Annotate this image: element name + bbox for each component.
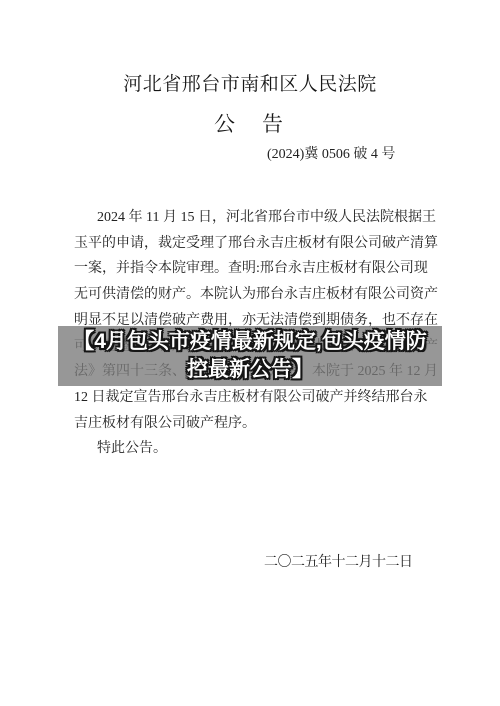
body-line: 无可供清偿的财产。本院认为邢台永吉庄板材有限公司资产 bbox=[74, 282, 425, 308]
body-line: 吉庄板材有限公司破产程序。 bbox=[74, 411, 425, 437]
banner-line-1: 【4月包头市疫情最新规定,包头疫情防 bbox=[73, 328, 427, 356]
body-line: 12 日裁定宣告邢台永吉庄板材有限公司破产并终结邢台永 bbox=[74, 385, 425, 411]
watermark-banner: 【4月包头市疫情最新规定,包头疫情防 控最新公告】 bbox=[58, 326, 442, 386]
banner-line-2: 控最新公告】 bbox=[187, 356, 313, 384]
announcement-document: 河北省邢台市南和区人民法院 公 告 (2024)冀 0506 破 4 号 202… bbox=[0, 0, 500, 706]
body-line: 一案，并指令本院审理。查明:邢台永吉庄板材有限公司现 bbox=[74, 256, 425, 282]
announcement-title: 公 告 bbox=[0, 108, 500, 138]
date-line: 二〇二五年十二月十二日 bbox=[264, 551, 413, 571]
body-line: 玉平的申请，裁定受理了邢台永吉庄板材有限公司破产清算 bbox=[74, 231, 425, 257]
closing-line: 特此公告。 bbox=[74, 436, 425, 462]
case-number: (2024)冀 0506 破 4 号 bbox=[267, 143, 395, 163]
court-name: 河北省邢台市南和区人民法院 bbox=[0, 69, 500, 96]
body-line: 2024 年 11 月 15 日，河北省邢台市中级人民法院根据王 bbox=[74, 205, 425, 231]
